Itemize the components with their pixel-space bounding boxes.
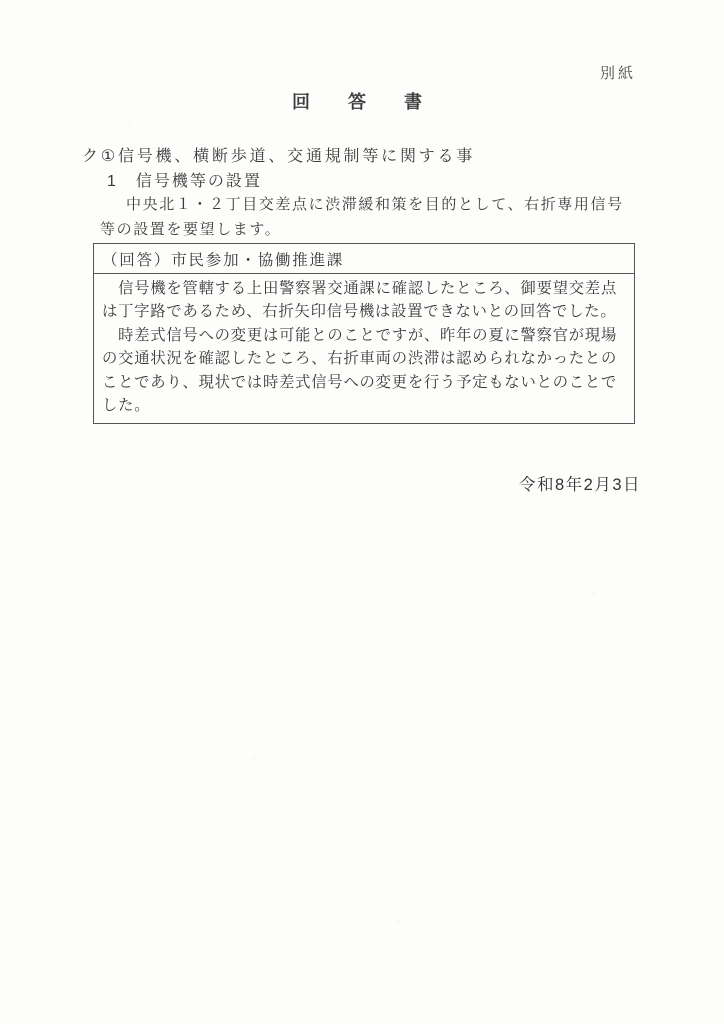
- attachment-label: 別紙: [600, 62, 636, 83]
- document-title: 回 答 書: [0, 88, 724, 114]
- answer-body-line: は丁字路であるため、右折矢印信号機は設置できないとの回答でした。: [102, 300, 626, 323]
- scanned-document-page: 別紙 回 答 書 ク①信号機、横断歩道、交通規制等に関する事 1 信号機等の設置…: [0, 0, 724, 1024]
- request-text-line-1: 中央北１・２丁目交差点に渋滞緩和策を目的として、右折専用信号: [126, 193, 624, 214]
- answer-body-line: した。: [102, 394, 626, 417]
- answer-box-body: 信号機を管轄する上田警察署交通課に確認したところ、御要望交差点 は丁字路であるた…: [94, 274, 634, 423]
- request-text-line-2: 等の設置を要望します。: [100, 218, 281, 239]
- answer-body-line: ことであり、現状では時差式信号への変更を行う予定もないとのことで: [102, 371, 626, 394]
- document-date: 令和8年2月3日: [519, 471, 641, 495]
- item-heading: 1 信号機等の設置: [107, 168, 262, 191]
- section-heading: ク①信号機、横断歩道、交通規制等に関する事: [82, 143, 475, 166]
- answer-box: （回答）市民参加・協働推進課 信号機を管轄する上田警察署交通課に確認したところ、…: [93, 243, 635, 424]
- answer-body-line: 信号機を管轄する上田警察署交通課に確認したところ、御要望交差点: [102, 277, 626, 300]
- answer-body-line: の交通状況を確認したところ、右折車両の渋滞は認められなかったとの: [102, 347, 626, 370]
- answer-box-header: （回答）市民参加・協働推進課: [94, 244, 634, 274]
- answer-body-line: 時差式信号への変更は可能とのことですが、昨年の夏に警察官が現場: [102, 324, 626, 347]
